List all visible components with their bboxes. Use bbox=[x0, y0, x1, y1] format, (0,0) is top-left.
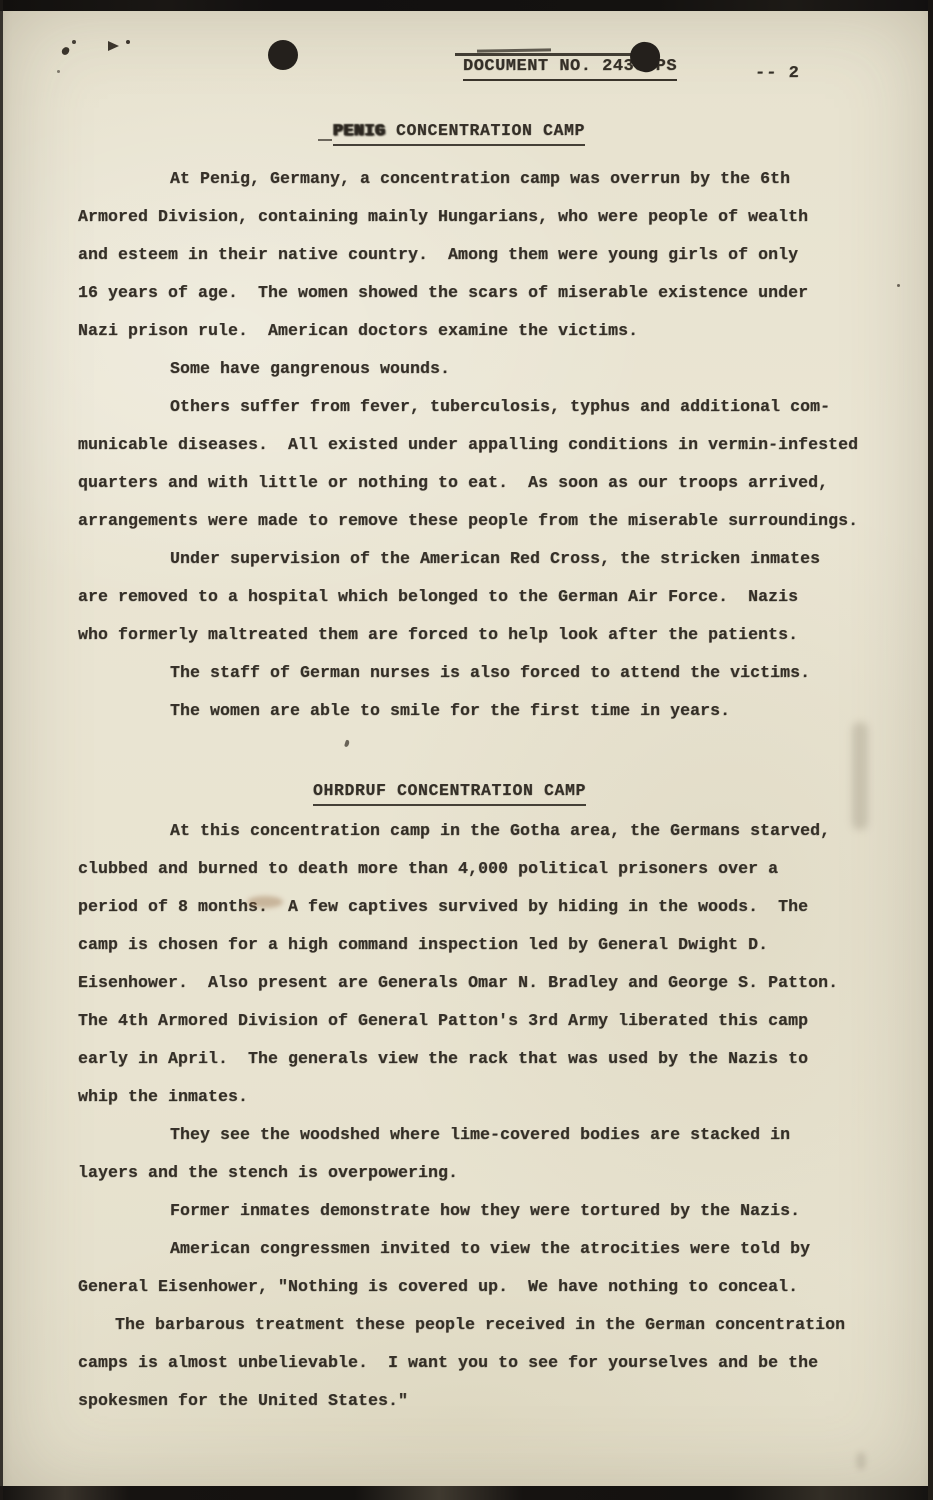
ink-speck-arrow bbox=[108, 41, 119, 51]
ink-speck bbox=[61, 46, 70, 56]
paragraph: The women are able to smile for the firs… bbox=[78, 692, 908, 730]
paragraph: They see the woodshed where lime-covered… bbox=[78, 1116, 908, 1192]
text-line: At this concentration camp in the Gotha … bbox=[78, 812, 908, 850]
text-line: layers and the stench is overpowering. bbox=[78, 1154, 908, 1192]
text-line: camps is almost unbelievable. I want you… bbox=[78, 1344, 908, 1382]
scan-edge-left bbox=[0, 0, 3, 1500]
text-line: clubbed and burned to death more than 4,… bbox=[78, 850, 908, 888]
text-line: arrangements were made to remove these p… bbox=[78, 502, 908, 540]
text-line: period of 8 months. A few captives survi… bbox=[78, 888, 908, 926]
paragraph: At this concentration camp in the Gotha … bbox=[78, 812, 908, 1116]
document-page: DOCUMENT NO. 2430-PS -- 2 PENIG CONCENTR… bbox=[0, 0, 933, 1500]
paragraph: At Penig, Germany, a concentration camp … bbox=[78, 160, 908, 350]
paper-smudge bbox=[247, 896, 283, 908]
ink-dash bbox=[318, 139, 332, 141]
text-line: The staff of German nurses is also force… bbox=[78, 654, 908, 692]
text-line: municable diseases. All existed under ap… bbox=[78, 426, 908, 464]
text-line: camp is chosen for a high command inspec… bbox=[78, 926, 908, 964]
text-line: The 4th Armored Division of General Patt… bbox=[78, 1002, 908, 1040]
text-line: Nazi prison rule. American doctors exami… bbox=[78, 312, 908, 350]
text-line: Eisenhower. Also present are Generals Om… bbox=[78, 964, 908, 1002]
scan-edge-right bbox=[928, 0, 933, 1500]
scan-edge-top bbox=[0, 0, 933, 11]
paragraph: Others suffer from fever, tuberculosis, … bbox=[78, 388, 908, 540]
paragraph: The barbarous treatment these people rec… bbox=[78, 1306, 908, 1420]
text-line: spokesmen for the United States." bbox=[78, 1382, 908, 1420]
page-number: -- 2 bbox=[755, 64, 800, 83]
text-line: early in April. The generals view the ra… bbox=[78, 1040, 908, 1078]
text-line: Armored Division, containing mainly Hung… bbox=[78, 198, 908, 236]
text-line: 16 years of age. The women showed the sc… bbox=[78, 274, 908, 312]
text-line: quarters and with little or nothing to e… bbox=[78, 464, 908, 502]
section-heading-penig: PENIG CONCENTRATION CAMP bbox=[333, 119, 585, 146]
section-heading-ohrdruf: OHRDRUF CONCENTRATION CAMP bbox=[313, 779, 586, 806]
paragraph: Former inmates demonstrate how they were… bbox=[78, 1192, 908, 1230]
paper-smudge bbox=[856, 1452, 866, 1470]
text-line: who formerly maltreated them are forced … bbox=[78, 616, 908, 654]
ink-speck bbox=[344, 740, 350, 748]
text-line: The women are able to smile for the firs… bbox=[78, 692, 908, 730]
ink-speck bbox=[72, 40, 76, 44]
ink-speck bbox=[57, 70, 60, 73]
heading-text: OHRDRUF CONCENTRATION CAMP bbox=[313, 781, 586, 800]
paragraph: American congressmen invited to view the… bbox=[78, 1230, 908, 1306]
text-line: Under supervision of the American Red Cr… bbox=[78, 540, 908, 578]
smudged-word: PENIG bbox=[333, 121, 386, 140]
text-line: Some have gangrenous wounds. bbox=[78, 350, 908, 388]
text-line: American congressmen invited to view the… bbox=[78, 1230, 908, 1268]
heading-text: CONCENTRATION CAMP bbox=[386, 121, 586, 140]
paragraph: Some have gangrenous wounds. bbox=[78, 350, 908, 388]
text-line: Others suffer from fever, tuberculosis, … bbox=[78, 388, 908, 426]
text-line: They see the woodshed where lime-covered… bbox=[78, 1116, 908, 1154]
ink-speck bbox=[897, 284, 900, 287]
hole-punch-icon bbox=[268, 40, 298, 70]
scan-edge-bottom bbox=[0, 1486, 933, 1500]
text-line: are removed to a hospital which belonged… bbox=[78, 578, 908, 616]
paper-smudge bbox=[852, 722, 868, 830]
text-line: whip the inmates. bbox=[78, 1078, 908, 1116]
text-line: Former inmates demonstrate how they were… bbox=[78, 1192, 908, 1230]
text-line: and esteem in their native country. Amon… bbox=[78, 236, 908, 274]
text-line: The barbarous treatment these people rec… bbox=[78, 1306, 908, 1344]
paragraph: The staff of German nurses is also force… bbox=[78, 654, 908, 692]
text-line: General Eisenhower, "Nothing is covered … bbox=[78, 1268, 908, 1306]
paragraph: Under supervision of the American Red Cr… bbox=[78, 540, 908, 654]
ink-speck bbox=[126, 40, 130, 44]
text-line: At Penig, Germany, a concentration camp … bbox=[78, 160, 908, 198]
